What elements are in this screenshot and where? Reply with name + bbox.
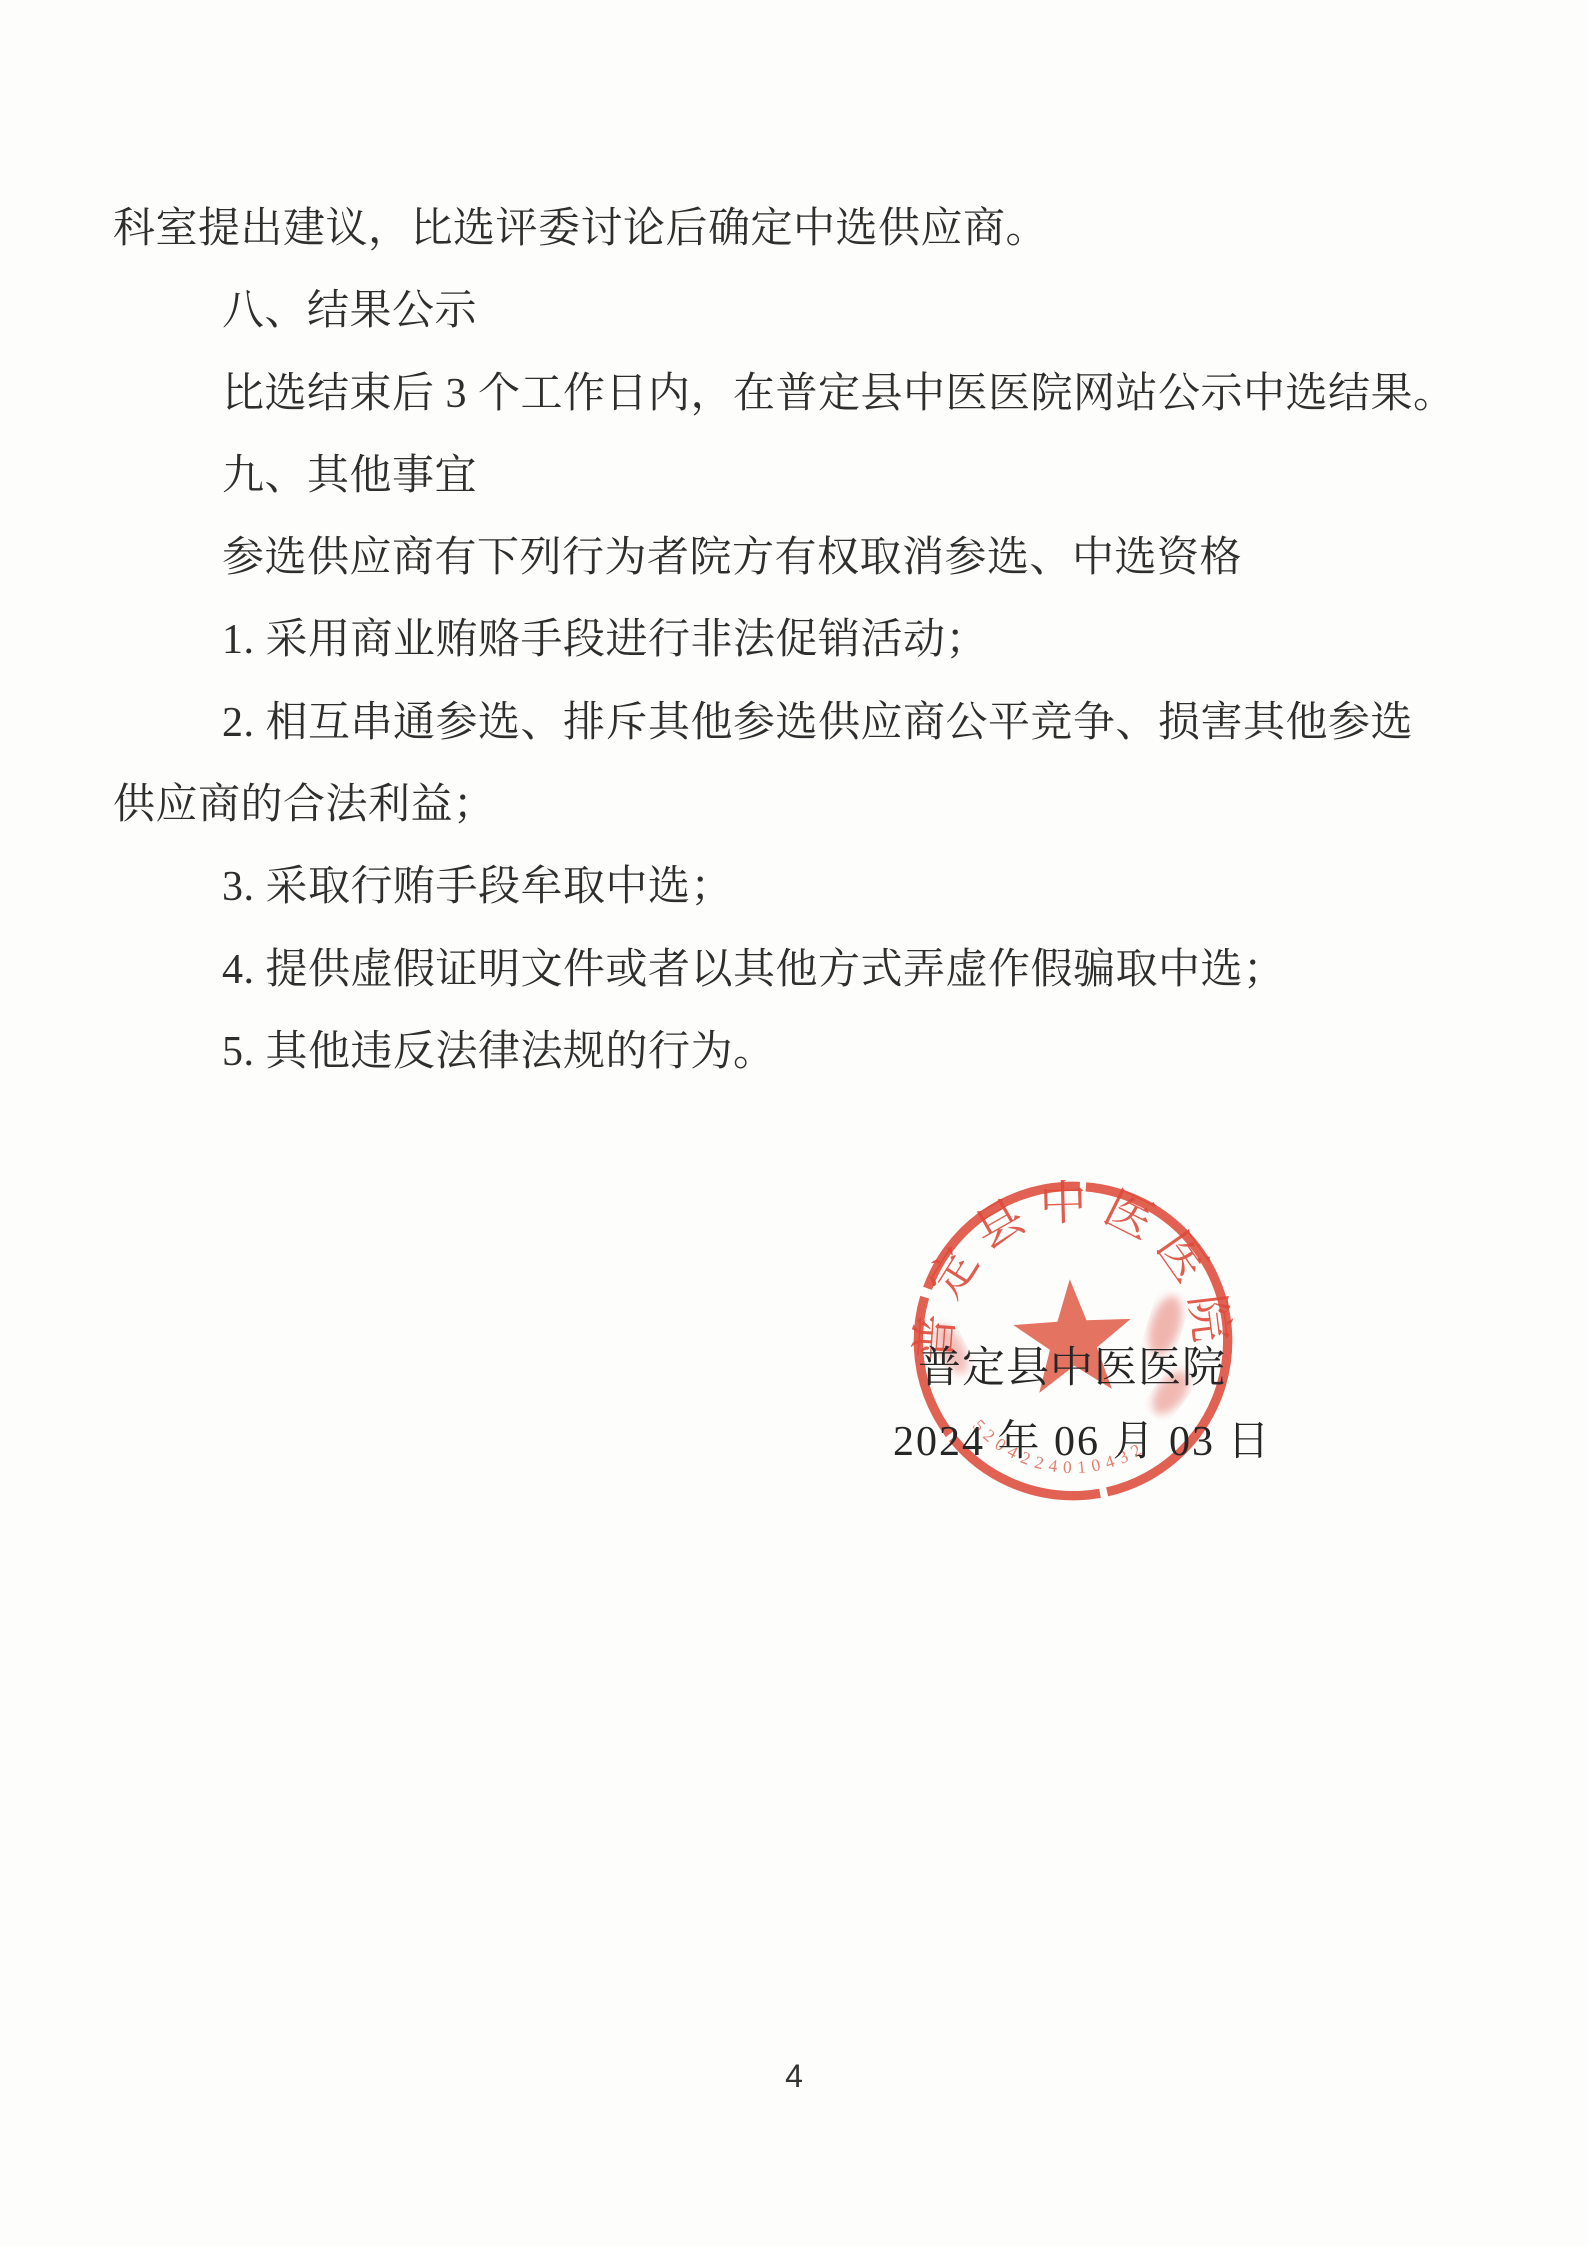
body-text: 科室提出建议，比选评委讨论后确定中选供应商。八、结果公示比选结束后 3 个工作日… bbox=[113, 188, 1493, 1093]
text-line: 3. 采取行贿手段牟取中选； bbox=[113, 846, 1493, 928]
text-line: 参选供应商有下列行为者院方有权取消参选、中选资格 bbox=[113, 517, 1493, 599]
text-line: 八、结果公示 bbox=[113, 270, 1493, 352]
text-line: 2. 相互串通参选、排斥其他参选供应商公平竞争、损害其他参选 bbox=[113, 682, 1493, 764]
text-line: 5. 其他违反法律法规的行为。 bbox=[113, 1011, 1493, 1093]
page-number: 4 bbox=[0, 2058, 1588, 2095]
text-line: 比选结束后 3 个工作日内，在普定县中医医院网站公示中选结果。 bbox=[113, 353, 1493, 435]
document-page: 科室提出建议，比选评委讨论后确定中选供应商。八、结果公示比选结束后 3 个工作日… bbox=[0, 0, 1588, 2246]
text-line: 科室提出建议，比选评委讨论后确定中选供应商。 bbox=[113, 188, 1493, 270]
signature-organization: 普定县中医医院 bbox=[918, 1334, 1226, 1395]
text-line: 供应商的合法利益； bbox=[113, 764, 1493, 846]
signature-date: 2024 年 06 月 03 日 bbox=[893, 1408, 1272, 1468]
text-line: 4. 提供虚假证明文件或者以其他方式弄虚作假骗取中选； bbox=[113, 929, 1493, 1011]
text-line: 九、其他事宜 bbox=[113, 435, 1493, 517]
text-line: 1. 采用商业贿赂手段进行非法促销活动； bbox=[113, 599, 1493, 681]
